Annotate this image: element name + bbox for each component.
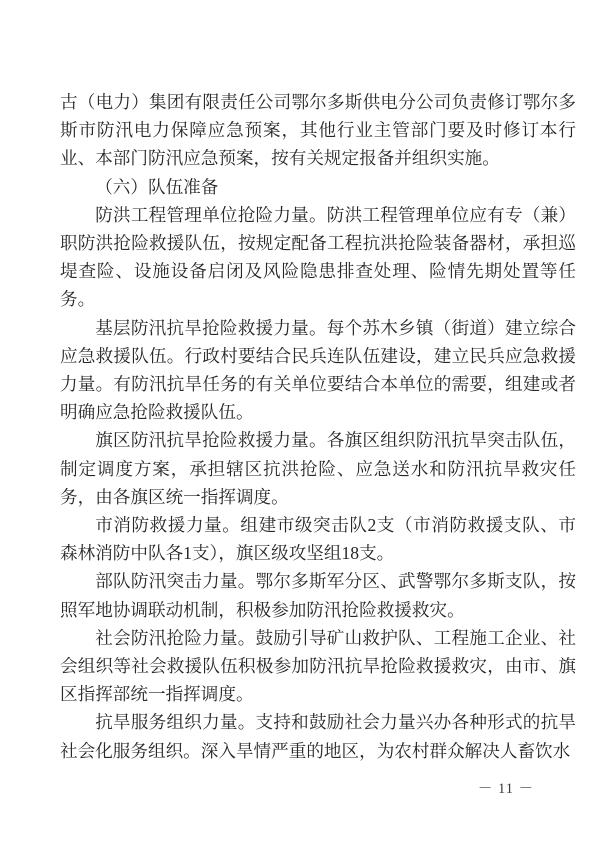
paragraph-military-assault-force: 部队防汛突击力量。鄂尔多斯军分区、武警鄂尔多斯支队，按照军地协调联动机制，积极参… — [60, 567, 576, 623]
paragraph-banner-district-rescue-force: 旗区防汛抗旱抢险救援力量。各旗区组织防汛抗旱突击队伍，制定调度方案，承担辖区抗洪… — [60, 426, 576, 511]
paragraph-flood-engineering-rescue-force: 防洪工程管理单位抢险力量。防洪工程管理单位应有专（兼）职防洪抢险救援队伍，按规定… — [60, 201, 576, 314]
section-heading-team-preparation: （六）队伍准备 — [60, 173, 576, 201]
paragraph-social-rescue-force: 社会防汛抢险力量。鼓励引导矿山救护队、工程施工企业、社会组织等社会救援队伍积极参… — [60, 624, 576, 709]
document-body: 古（电力）集团有限责任公司鄂尔多斯供电分公司负责修订鄂尔多斯市防汛电力保障应急预… — [60, 88, 576, 765]
paragraph-continuation: 古（电力）集团有限责任公司鄂尔多斯供电分公司负责修订鄂尔多斯市防汛电力保障应急预… — [60, 88, 576, 173]
paragraph-grassroots-rescue-force: 基层防汛抗旱抢险救援力量。每个苏木乡镇（街道）建立综合应急救援队伍。行政村要结合… — [60, 314, 576, 427]
paragraph-city-fire-rescue-force: 市消防救援力量。组建市级突击队2支（市消防救援支队、市森林消防中队各1支），旗区… — [60, 511, 576, 567]
paragraph-drought-relief-service-force: 抗旱服务组织力量。支持和鼓励社会力量兴办各种形式的抗旱社会化服务组织。深入旱情严… — [60, 708, 576, 764]
document-page: 古（电力）集团有限责任公司鄂尔多斯供电分公司负责修订鄂尔多斯市防汛电力保障应急预… — [0, 0, 600, 847]
page-number: － 11 － — [463, 777, 549, 798]
